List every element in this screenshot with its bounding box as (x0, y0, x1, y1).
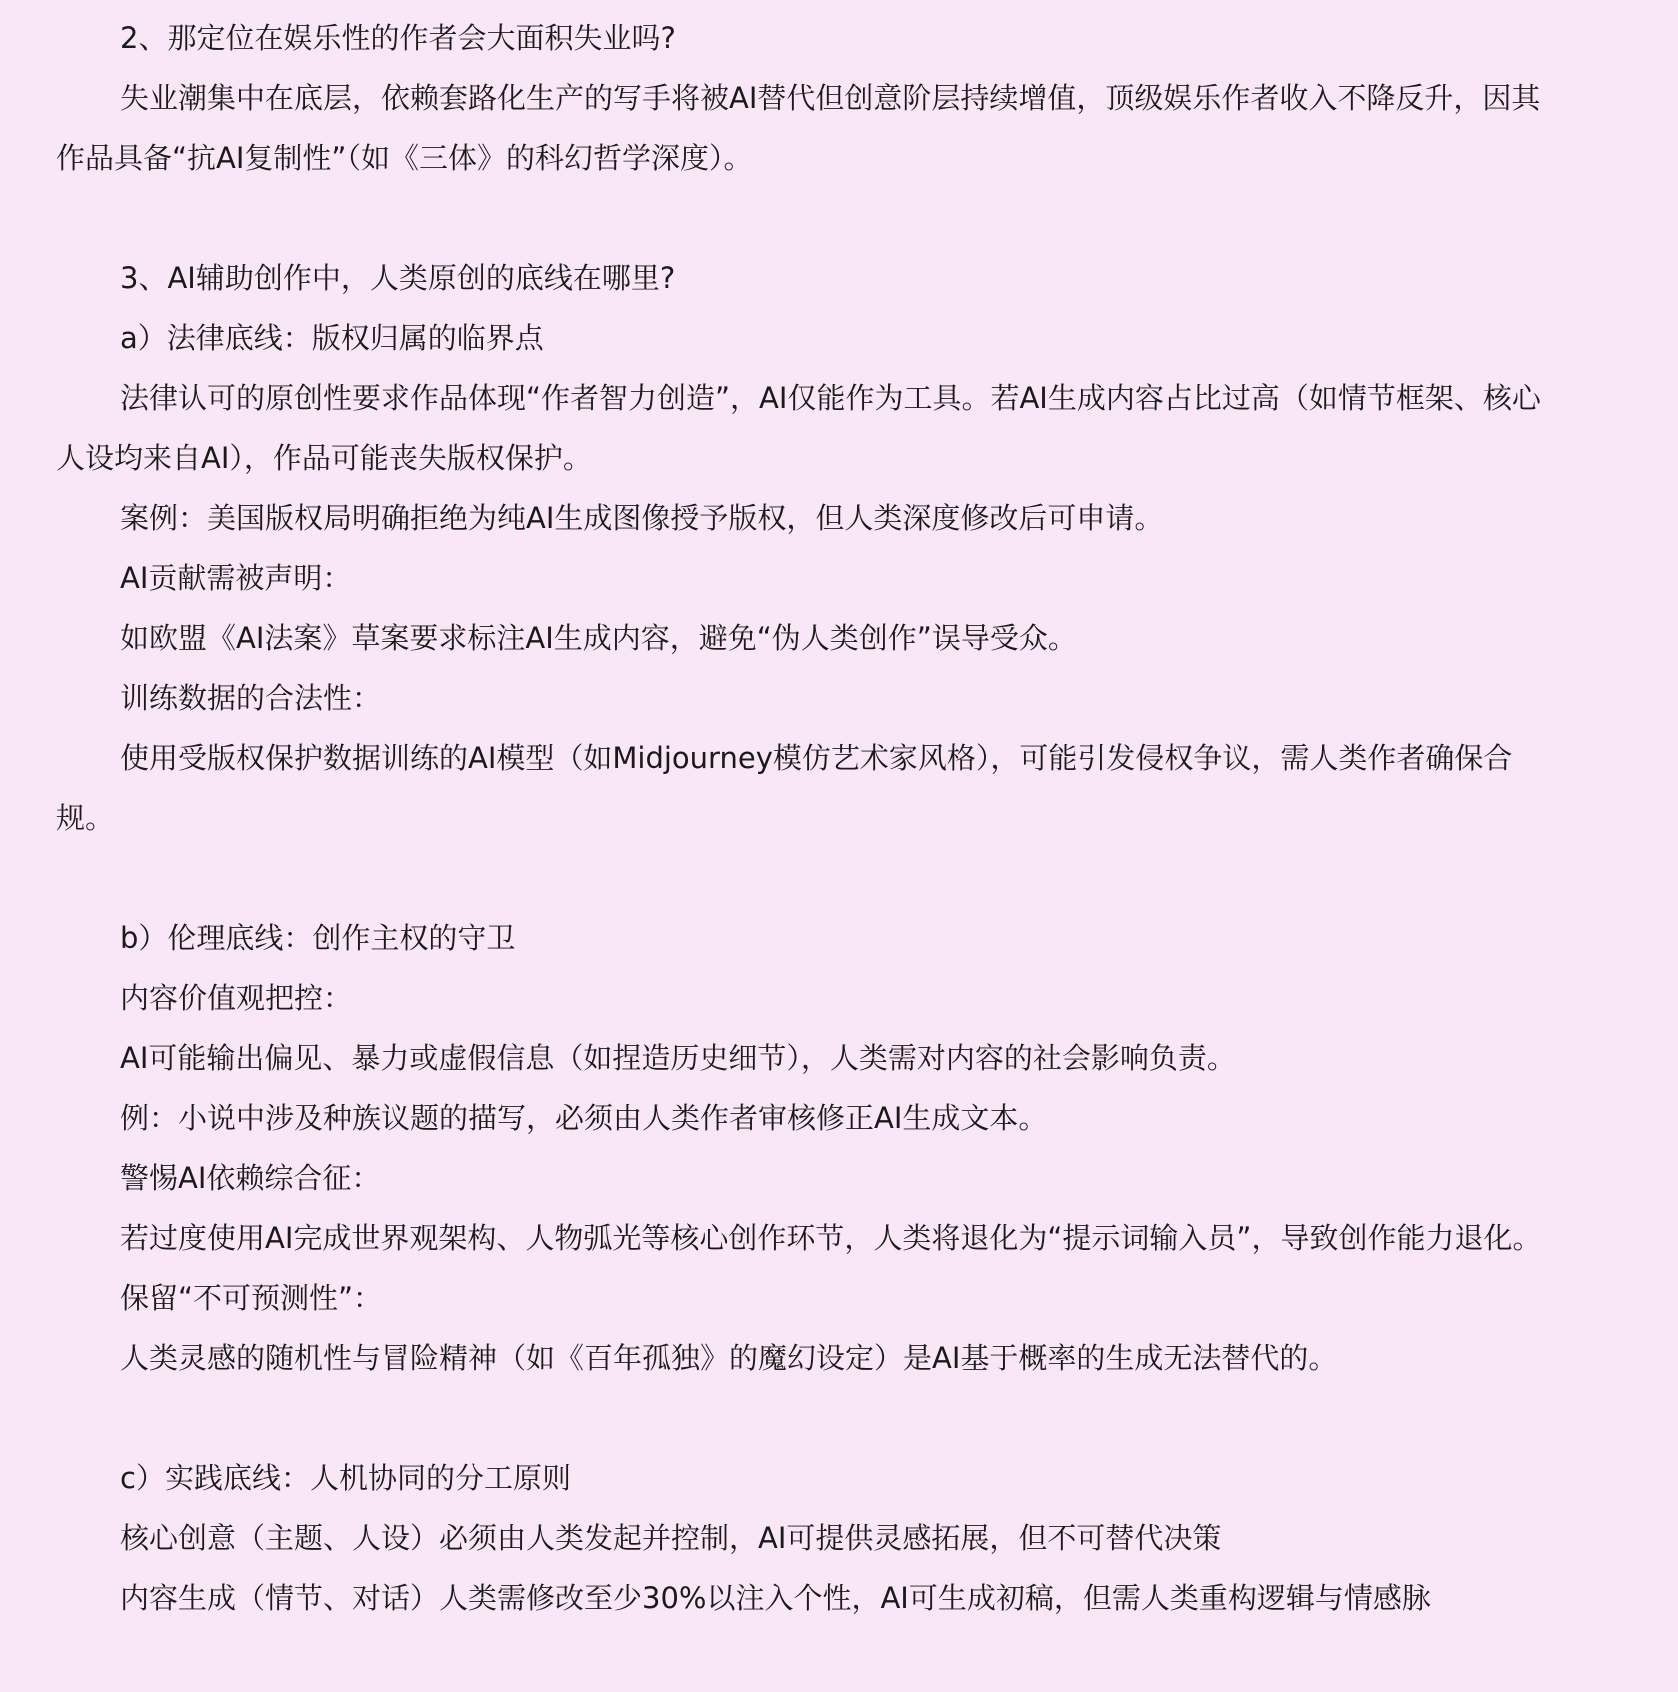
paragraph: 失业潮集中在底层，依赖套路化生产的写手将被AI替代但创意阶层持续增值，顶级娱乐作… (56, 68, 1558, 188)
paragraph: 若过度使用AI完成世界观架构、人物弧光等核心创作环节，人类将退化为“提示词输入员… (56, 1208, 1558, 1268)
label: 内容价值观把控： (56, 968, 1558, 1028)
label: 警惕AI依赖综合征： (56, 1148, 1558, 1208)
subheading-legal: a）法律底线：版权归属的临界点 (56, 308, 1558, 368)
paragraph: 案例：美国版权局明确拒绝为纯AI生成图像授予版权，但人类深度修改后可申请。 (56, 488, 1558, 548)
document-body: 2、那定位在娱乐性的作者会大面积失业吗? 失业潮集中在底层，依赖套路化生产的写手… (0, 0, 1678, 1628)
label: 训练数据的合法性： (56, 668, 1558, 728)
paragraph: 内容生成（情节、对话）人类需修改至少30%以注入个性，AI可生成初稿，但需人类重… (56, 1568, 1558, 1628)
blank-line (56, 188, 1558, 248)
paragraph: 人类灵感的随机性与冒险精神（如《百年孤独》的魔幻设定）是AI基于概率的生成无法替… (56, 1328, 1558, 1388)
label: AI贡献需被声明： (56, 548, 1558, 608)
blank-line (56, 848, 1558, 908)
blank-line (56, 1388, 1558, 1448)
paragraph: AI可能输出偏见、暴力或虚假信息（如捏造历史细节），人类需对内容的社会影响负责。 (56, 1028, 1558, 1088)
paragraph: 使用受版权保护数据训练的AI模型（如Midjourney模仿艺术家风格），可能引… (56, 728, 1558, 848)
subheading-ethics: b）伦理底线：创作主权的守卫 (56, 908, 1558, 968)
subheading-practice: c）实践底线：人机协同的分工原则 (56, 1448, 1558, 1508)
paragraph: 如欧盟《AI法案》草案要求标注AI生成内容，避免“伪人类创作”误导受众。 (56, 608, 1558, 668)
paragraph: 例：小说中涉及种族议题的描写，必须由人类作者审核修正AI生成文本。 (56, 1088, 1558, 1148)
section-heading-2: 2、那定位在娱乐性的作者会大面积失业吗? (56, 8, 1558, 68)
label: 保留“不可预测性”： (56, 1268, 1558, 1328)
section-heading-3: 3、AI辅助创作中，人类原创的底线在哪里? (56, 248, 1558, 308)
paragraph: 核心创意（主题、人设）必须由人类发起并控制，AI可提供灵感拓展，但不可替代决策 (56, 1508, 1558, 1568)
paragraph: 法律认可的原创性要求作品体现“作者智力创造”，AI仅能作为工具。若AI生成内容占… (56, 368, 1558, 488)
